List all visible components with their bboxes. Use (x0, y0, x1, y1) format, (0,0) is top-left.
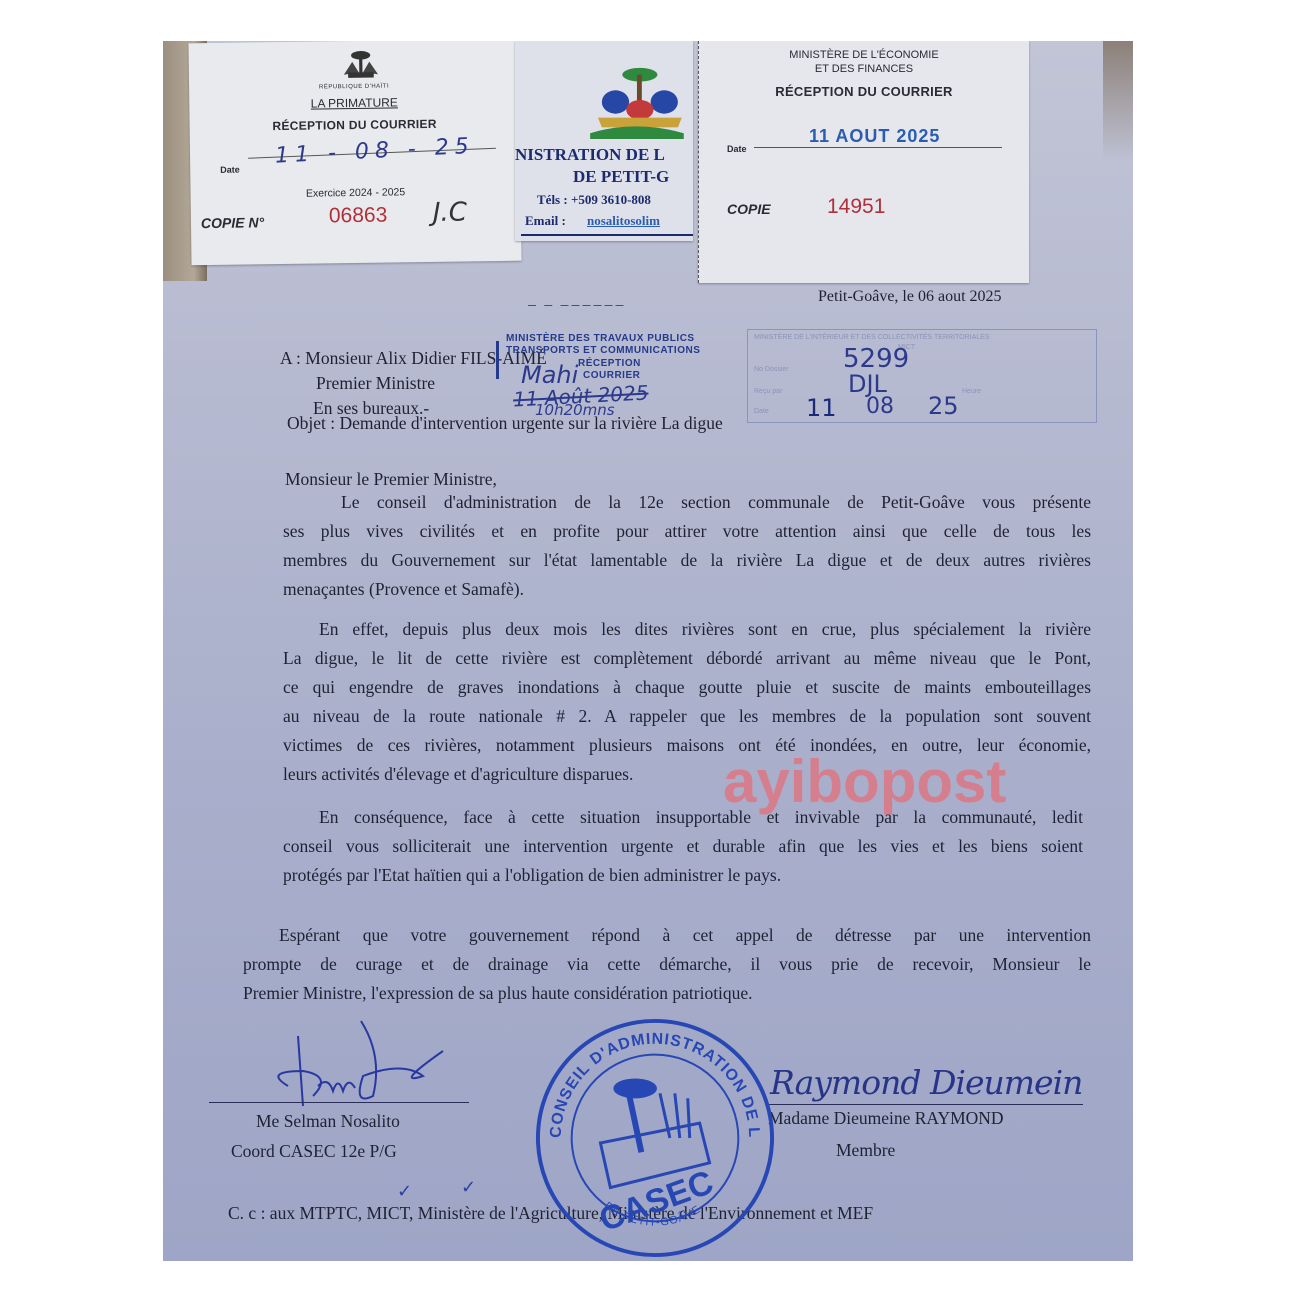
seal-outer-text: CONSEIL D'ADMINISTRATION DE LA 12E SECTI… (531, 1014, 762, 1138)
date-stamp: 11 AOUT 2025 (809, 126, 940, 147)
copy-label: COPIE (727, 201, 771, 217)
copy-number: 14951 (827, 195, 885, 219)
ayibopost-watermark: ayibopost (723, 747, 1006, 816)
copy-label: COPIE N° (201, 214, 264, 231)
date-handwritten: 11 - 08 - 25 (274, 134, 475, 169)
slip-title: RÉCEPTION DU COURRIER (190, 116, 520, 135)
letterhead-org-line2: DE PETIT-G (573, 167, 669, 187)
signatory-right-title: Membre (836, 1136, 895, 1165)
paragraph-line: au niveau de la route nationale # 2. A r… (283, 702, 1091, 731)
letterhead-fragment: NISTRATION DE L DE PETIT-G Téls : +509 3… (515, 41, 693, 241)
mef-receipt-slip: MINISTÈRE DE L'ÉCONOMIE ET DES FINANCES … (698, 41, 1029, 283)
paragraph-line: prompte de curage et de drainage via cet… (243, 950, 1091, 979)
stamp-mict-header: MINISTÈRE DE L'INTÉRIEUR ET DES COLLECTI… (754, 334, 990, 341)
letterhead-rule (521, 234, 693, 236)
paragraph-line: ses plus vives civilités et en profite p… (283, 517, 1091, 546)
document-photo: RÉPUBLIQUE D'HAÏTI LA PRIMATURE RÉCEPTIO… (163, 41, 1133, 1261)
signature-right: Raymond Dieumein (770, 1063, 1082, 1102)
letterhead-email-link[interactable]: nosalitosolim (587, 213, 660, 229)
dossier-label: No Dossier (754, 366, 789, 373)
stamp-mtptc-line3: RÉCEPTION (578, 358, 641, 369)
letter-paragraph-1: Le conseil d'administration de la 12e se… (283, 488, 1091, 604)
stamp-dashes: — — —————— (528, 301, 626, 310)
date-label: Date (220, 165, 240, 175)
signatory-left-name: Me Selman Nosalito (256, 1107, 400, 1136)
letter-paragraph-4: Espérant que votre gouvernement répond à… (243, 921, 1091, 1008)
stamp-mtptc-line1: MINISTÈRE DES TRAVAUX PUBLICS (506, 333, 695, 344)
paragraph-line: Premier Ministre, l'expression de sa plu… (243, 979, 1091, 1008)
paragraph-line: En effet, depuis plus deux mois les dite… (283, 615, 1091, 644)
exercise-label: Exercice 2024 - 2025 (191, 185, 521, 202)
ministry-line1: MINISTÈRE DE L'ÉCONOMIE (699, 49, 1029, 61)
paragraph-line: membres du Gouvernement sur l'état lamen… (283, 546, 1091, 575)
date-year-handwritten: 25 (928, 392, 959, 420)
haiti-coat-of-arms-icon (339, 49, 383, 82)
casec-seal: CONSEIL D'ADMINISTRATION DE LA 12E SECTI… (531, 1014, 779, 1261)
letterhead-phones: Téls : +509 3610-808 (537, 192, 651, 208)
date-label: Date (727, 144, 747, 154)
letter-paragraph-3: En conséquence, face à cette situation i… (283, 803, 1083, 890)
date-month-handwritten: 08 (866, 394, 894, 419)
letterhead-org-line1: NISTRATION DE L (515, 145, 665, 165)
date-label: Date (754, 408, 769, 415)
slip-title: RÉCEPTION DU COURRIER (699, 84, 1029, 99)
paragraph-line: La digue, le lit de cette rivière est co… (283, 644, 1091, 673)
republic-label: RÉPUBLIQUE D'HAÏTI (189, 82, 519, 93)
paragraph-line: ce qui engendre de graves inondations à … (283, 673, 1091, 702)
copy-number: 06863 (329, 204, 388, 229)
letter-place-date: Petit-Goâve, le 06 aout 2025 (818, 282, 1002, 311)
signature-line-left (209, 1102, 469, 1103)
office-label: LA PRIMATURE (189, 94, 519, 113)
svg-text:CONSEIL D'ADMINISTRATION DE LA: CONSEIL D'ADMINISTRATION DE LA 12E SECTI… (531, 1014, 762, 1138)
stamp-mict: MINISTÈRE DE L'INTÉRIEUR ET DES COLLECTI… (747, 329, 1097, 423)
paragraph-line: protégés par l'Etat haïtien qui a l'obli… (283, 861, 1083, 890)
table-surface (1103, 41, 1133, 161)
primature-receipt-slip: RÉPUBLIQUE D'HAÏTI LA PRIMATURE RÉCEPTIO… (188, 41, 521, 265)
checkmark-icon: ✓ (397, 1181, 412, 1202)
date-day-handwritten: 11 (806, 394, 837, 422)
signatory-right-name: Madame Dieumeine RAYMOND (768, 1104, 1004, 1133)
paragraph-line: Le conseil d'administration de la 12e se… (283, 488, 1091, 517)
stamp-mtptc-line2: TRANSPORTS ET COMMUNICATIONS (506, 345, 700, 356)
signature-left (243, 1016, 463, 1106)
date-line (754, 147, 1002, 148)
paragraph-line: conseil vous solliciterait une intervent… (283, 832, 1083, 861)
initials-handwritten: J.C (433, 197, 468, 227)
paragraph-line: Espérant que votre gouvernement répond à… (243, 921, 1091, 950)
letter-subject: Objet : Demande d'intervention urgente s… (287, 409, 723, 438)
hour-label: Heure (962, 388, 981, 395)
ministry-line2: ET DES FINANCES (699, 63, 1029, 75)
letterhead-email-label: Email : (525, 213, 566, 229)
stamp-bar (496, 341, 499, 379)
haiti-coat-of-arms-icon (583, 63, 687, 141)
signatory-left-title: Coord CASEC 12e P/G (231, 1137, 397, 1166)
stamp-mtptc-line4: COURRIER (583, 370, 640, 381)
received-by-label: Reçu par (754, 388, 782, 395)
paragraph-line: menaçantes (Provence et Samafè). (283, 575, 1091, 604)
checkmark-icon: ✓ (461, 1177, 476, 1198)
